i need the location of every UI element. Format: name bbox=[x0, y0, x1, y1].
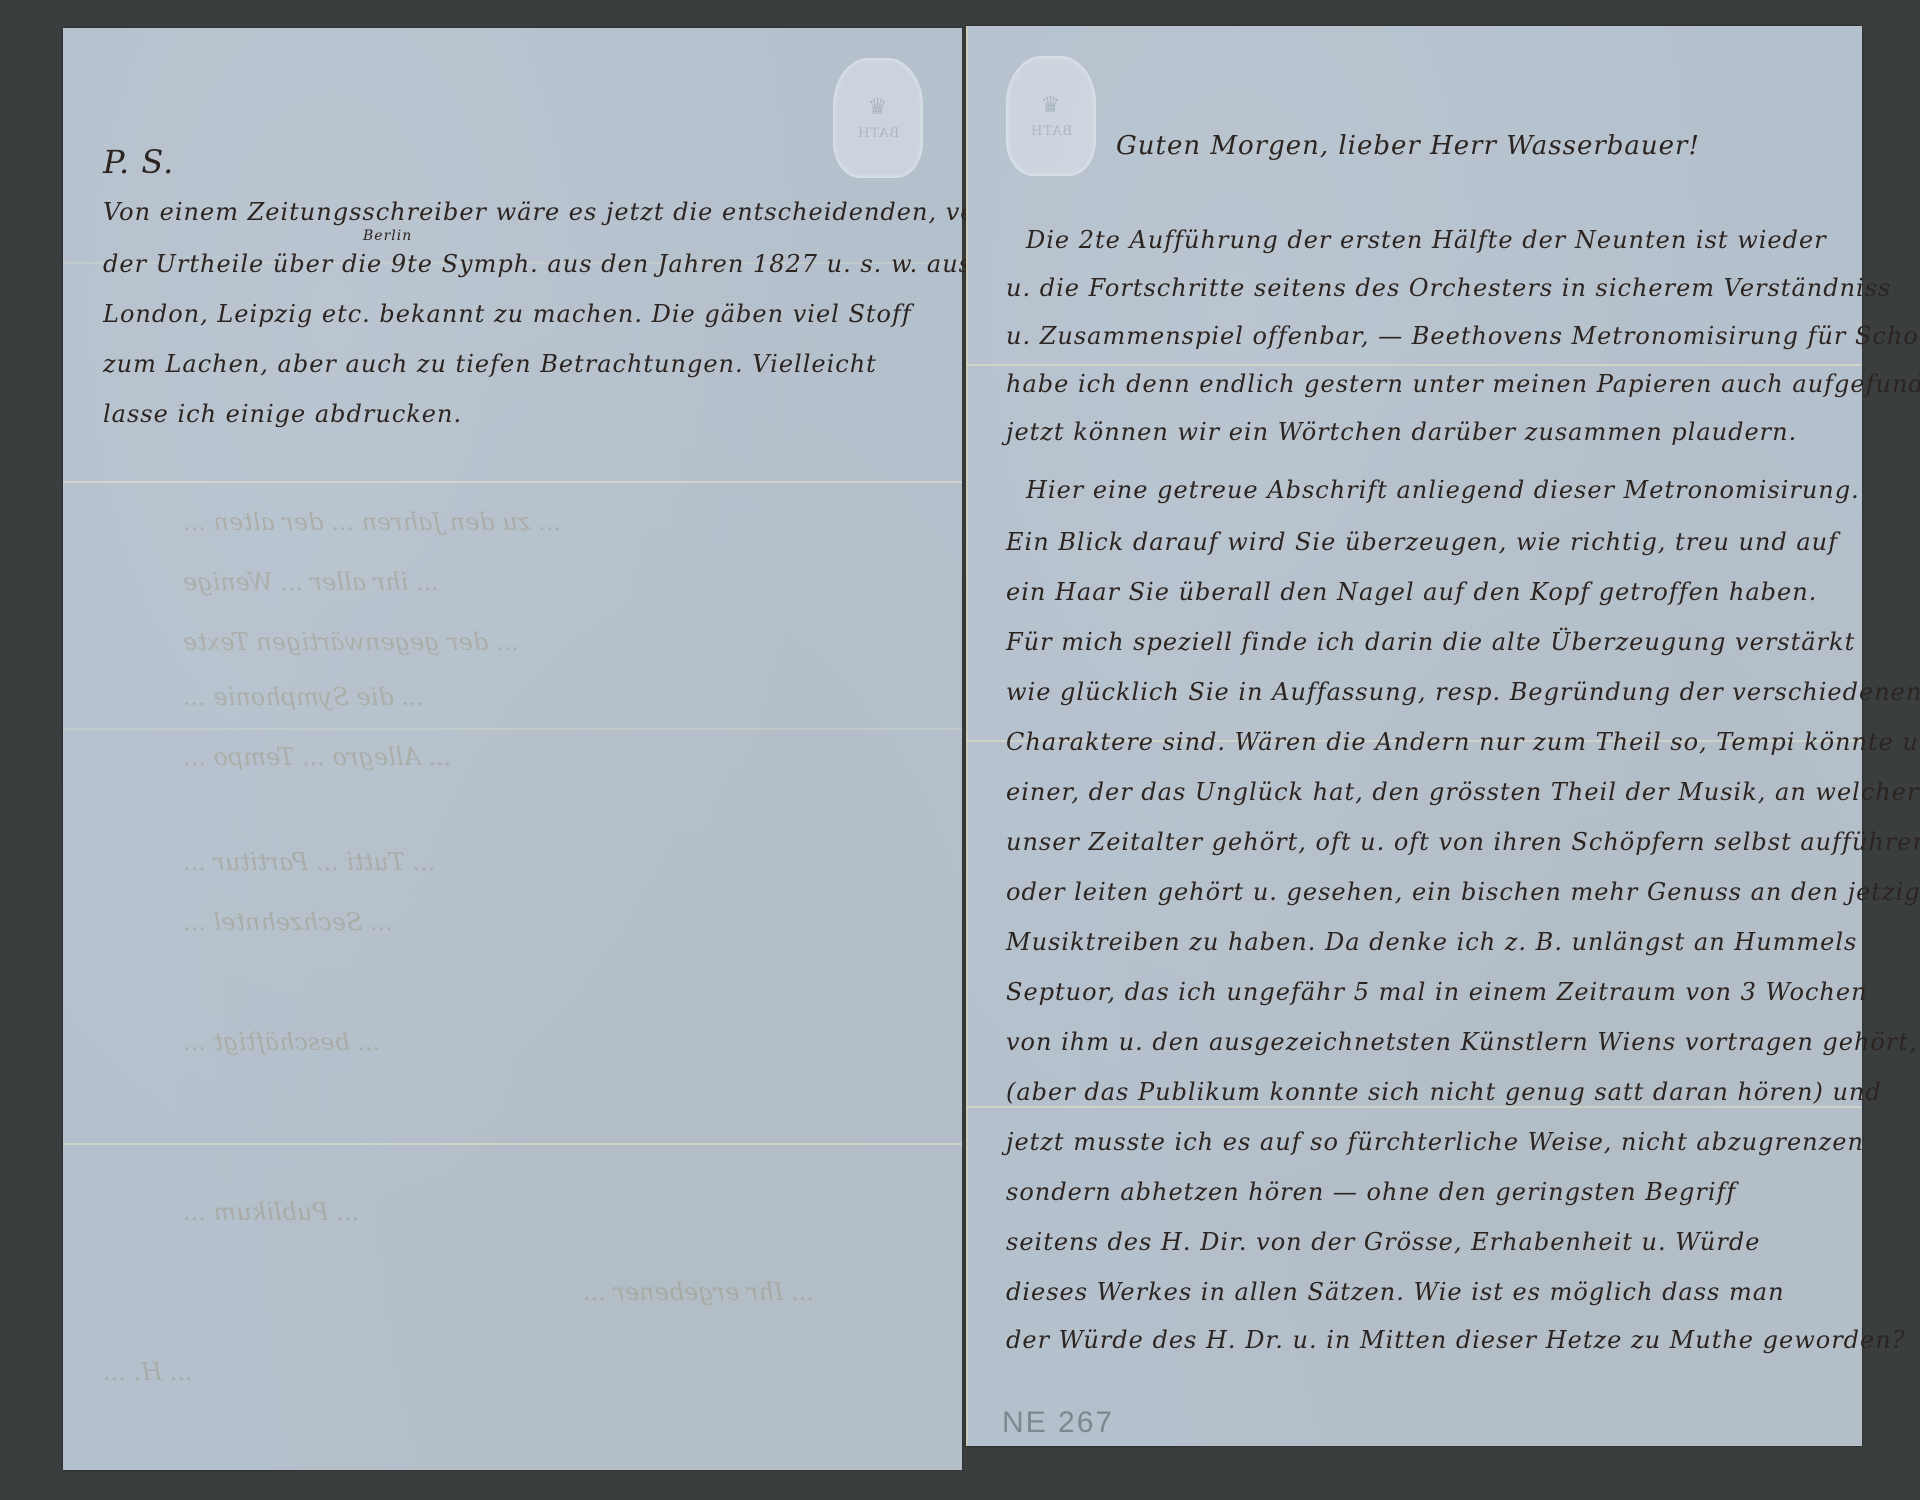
postscript-line: Von einem Zeitungsschreiber wäre es jetz… bbox=[103, 198, 1109, 226]
letter-line: einer, der das Unglück hat, den grössten… bbox=[1006, 778, 1919, 806]
bleed-through-text: ... zu den Jahren ... der alten ... bbox=[183, 508, 561, 536]
letter-line: von ihm u. den ausgezeichnetsten Künstle… bbox=[1006, 1028, 1918, 1056]
letter-line: Musiktreiben zu haben. Da denke ich z. B… bbox=[1006, 928, 1857, 956]
letter-line: oder leiten gehört u. gesehen, ein bisch… bbox=[1006, 878, 1920, 906]
bleed-through-text: ... Allegro ... Tempo ... bbox=[183, 743, 451, 771]
letter-line: unser Zeitalter gehört, oft u. oft von i… bbox=[1006, 828, 1920, 856]
letter-line: Hier eine getreue Abschrift anliegend di… bbox=[1026, 476, 1860, 504]
letter-line: Für mich speziell finde ich darin die al… bbox=[1006, 628, 1855, 656]
bleed-through-text: ... Publikum ... bbox=[183, 1198, 359, 1226]
letter-line: (aber das Publikum konnte sich nicht gen… bbox=[1006, 1078, 1882, 1106]
fold-line bbox=[966, 1106, 1862, 1108]
fold-line bbox=[63, 1143, 962, 1145]
fold-line bbox=[63, 481, 962, 483]
letter-line: jetzt können wir ein Wörtchen darüber zu… bbox=[1006, 418, 1797, 446]
bleed-through-text: ... Ihr ergebener ... bbox=[583, 1278, 814, 1306]
letter-line: Ein Blick darauf wird Sie überzeugen, wi… bbox=[1006, 528, 1838, 556]
shelfmark-label: NE 267 bbox=[1002, 1406, 1114, 1440]
bleed-through-text: ... die Symphonie ... bbox=[183, 683, 424, 711]
letter-line: Septuor, das ich ungefähr 5 mal in einem… bbox=[1006, 978, 1868, 1006]
bleed-through-text: ... Tutti ... Partitur ... bbox=[183, 848, 435, 876]
letter-line: Die 2te Aufführung der ersten Hälfte der… bbox=[1026, 226, 1827, 254]
bleed-through-text: ... beschäftigt ... bbox=[183, 1028, 380, 1056]
right-letter-page: ♛BATH Guten Morgen, lieber Herr Wasserba… bbox=[966, 26, 1862, 1446]
bleed-through-text: ... ihr aller ... Wenige bbox=[183, 568, 439, 596]
letter-line: Charaktere sind. Wären die Andern nur zu… bbox=[1006, 728, 1920, 756]
letter-line: seitens des H. Dir. von der Grösse, Erha… bbox=[1006, 1228, 1760, 1256]
salutation: Guten Morgen, lieber Herr Wasserbauer! bbox=[1116, 131, 1700, 161]
letter-line: u. Zusammenspiel offenbar, — Beethovens … bbox=[1006, 322, 1920, 350]
bleed-through-text: ... der gegenwärtigen Texte bbox=[183, 628, 519, 656]
bleed-through-text: ... H. ... bbox=[103, 1358, 193, 1386]
bleed-through-text: ... Sechzehntel ... bbox=[183, 908, 393, 936]
fold-line bbox=[63, 728, 962, 730]
embossed-seal-icon: ♛BATH bbox=[833, 58, 923, 178]
postscript-heading: P. S. bbox=[103, 143, 174, 181]
letter-line: der Würde des H. Dr. u. in Mitten dieser… bbox=[1006, 1326, 1906, 1354]
postscript-line: London, Leipzig etc. bekannt zu machen. … bbox=[103, 300, 912, 328]
embossed-seal-icon: ♛BATH bbox=[1006, 56, 1096, 176]
page-edge bbox=[966, 26, 968, 1446]
letter-line: u. die Fortschritte seitens des Orcheste… bbox=[1006, 274, 1891, 302]
letter-line: sondern abhetzen hören — ohne den gering… bbox=[1006, 1178, 1736, 1206]
fold-line bbox=[966, 364, 1862, 366]
left-letter-page: ♛BATH P. S. Berlin Von einem Zeitungssch… bbox=[63, 28, 962, 1470]
postscript-line: lasse ich einige abdrucken. bbox=[103, 400, 462, 428]
letter-line: wie glücklich Sie in Auffassung, resp. B… bbox=[1006, 678, 1920, 706]
postscript-line: zum Lachen, aber auch zu tiefen Betracht… bbox=[103, 350, 877, 378]
postscript-line: der Urtheile über die 9te Symph. aus den… bbox=[103, 250, 972, 278]
letter-line: dieses Werkes in allen Sätzen. Wie ist e… bbox=[1006, 1278, 1785, 1306]
letter-line: jetzt musste ich es auf so fürchterliche… bbox=[1006, 1128, 1864, 1156]
interlinear-insert: Berlin bbox=[363, 228, 412, 244]
letter-line: ein Haar Sie überall den Nagel auf den K… bbox=[1006, 578, 1817, 606]
letter-line: habe ich denn endlich gestern unter mein… bbox=[1006, 370, 1920, 398]
